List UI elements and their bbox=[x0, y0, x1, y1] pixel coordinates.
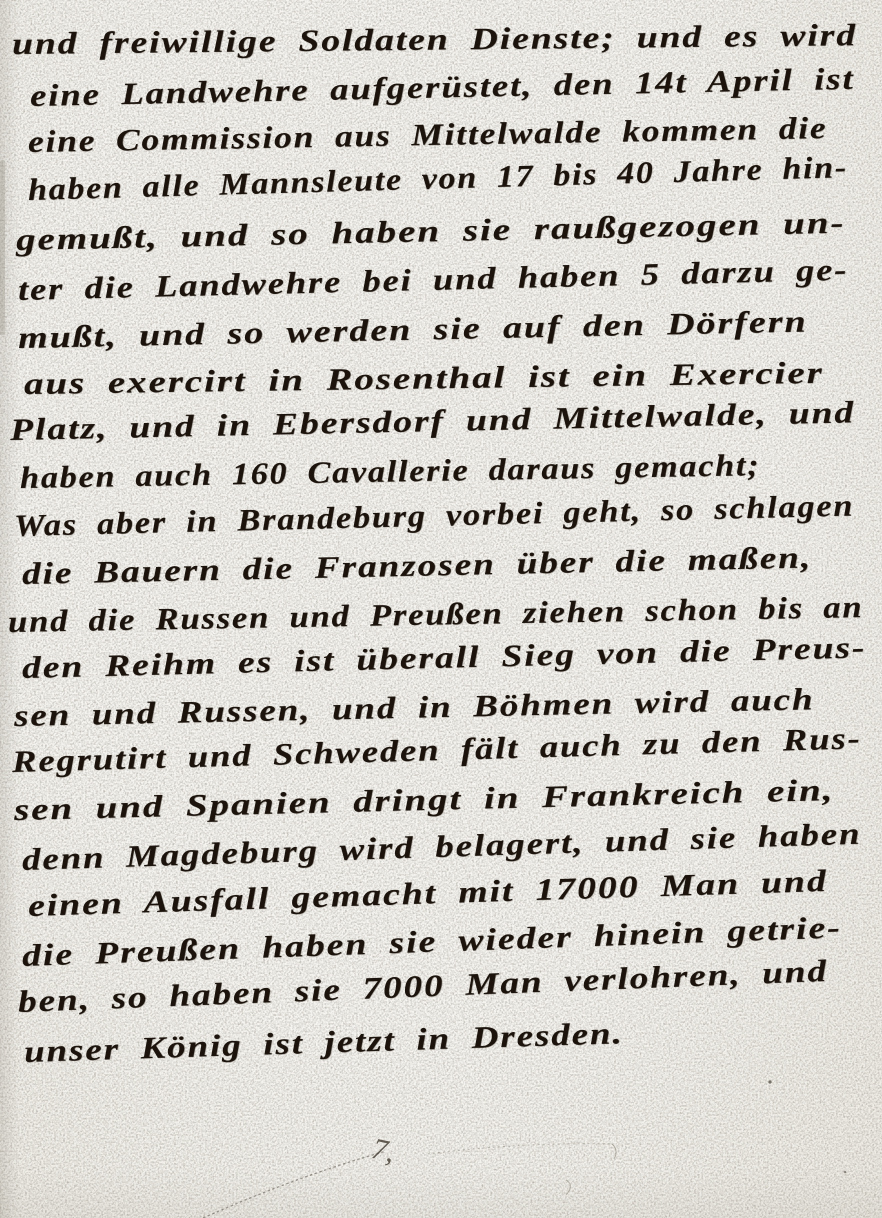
handwritten-line: Platz, und in Ebersdorf und Mittelwalde,… bbox=[10, 394, 856, 448]
handwritten-line: die Bauern die Franzosen über die maßen, bbox=[22, 539, 813, 592]
handwritten-line: haben alle Mannsleute von 17 bis 40 Jahr… bbox=[27, 149, 848, 208]
handwritten-line: den Reihm es ist überall Sieg von die Pr… bbox=[22, 629, 867, 686]
handwritten-line: unser König ist jetzt in Dresden. bbox=[23, 1015, 624, 1070]
handwritten-line: mußt, und so werden sie auf den Dörfern bbox=[18, 303, 808, 356]
handwritten-line: haben auch 160 Cavallerie daraus gemacht… bbox=[20, 447, 761, 496]
handwritten-line: und freiwillige Soldaten Dienste; und es… bbox=[12, 17, 857, 62]
handwritten-line: ter die Landwehre bei und haben 5 darzu … bbox=[18, 252, 849, 308]
handwritten-line: Was aber in Brandeburg vorbei geht, so s… bbox=[14, 487, 855, 544]
manuscript-text: und freiwillige Soldaten Dienste; und es… bbox=[0, 0, 882, 1218]
manuscript-page: und freiwillige Soldaten Dienste; und es… bbox=[0, 0, 882, 1218]
handwritten-line: eine Landwehre aufgerüstet, den 14t Apri… bbox=[30, 61, 855, 114]
handwritten-line: gemußt, und so haben sie raußgezogen un- bbox=[16, 205, 846, 258]
handwritten-line: aus exercirt in Rosenthal ist ein Exerci… bbox=[24, 355, 824, 402]
